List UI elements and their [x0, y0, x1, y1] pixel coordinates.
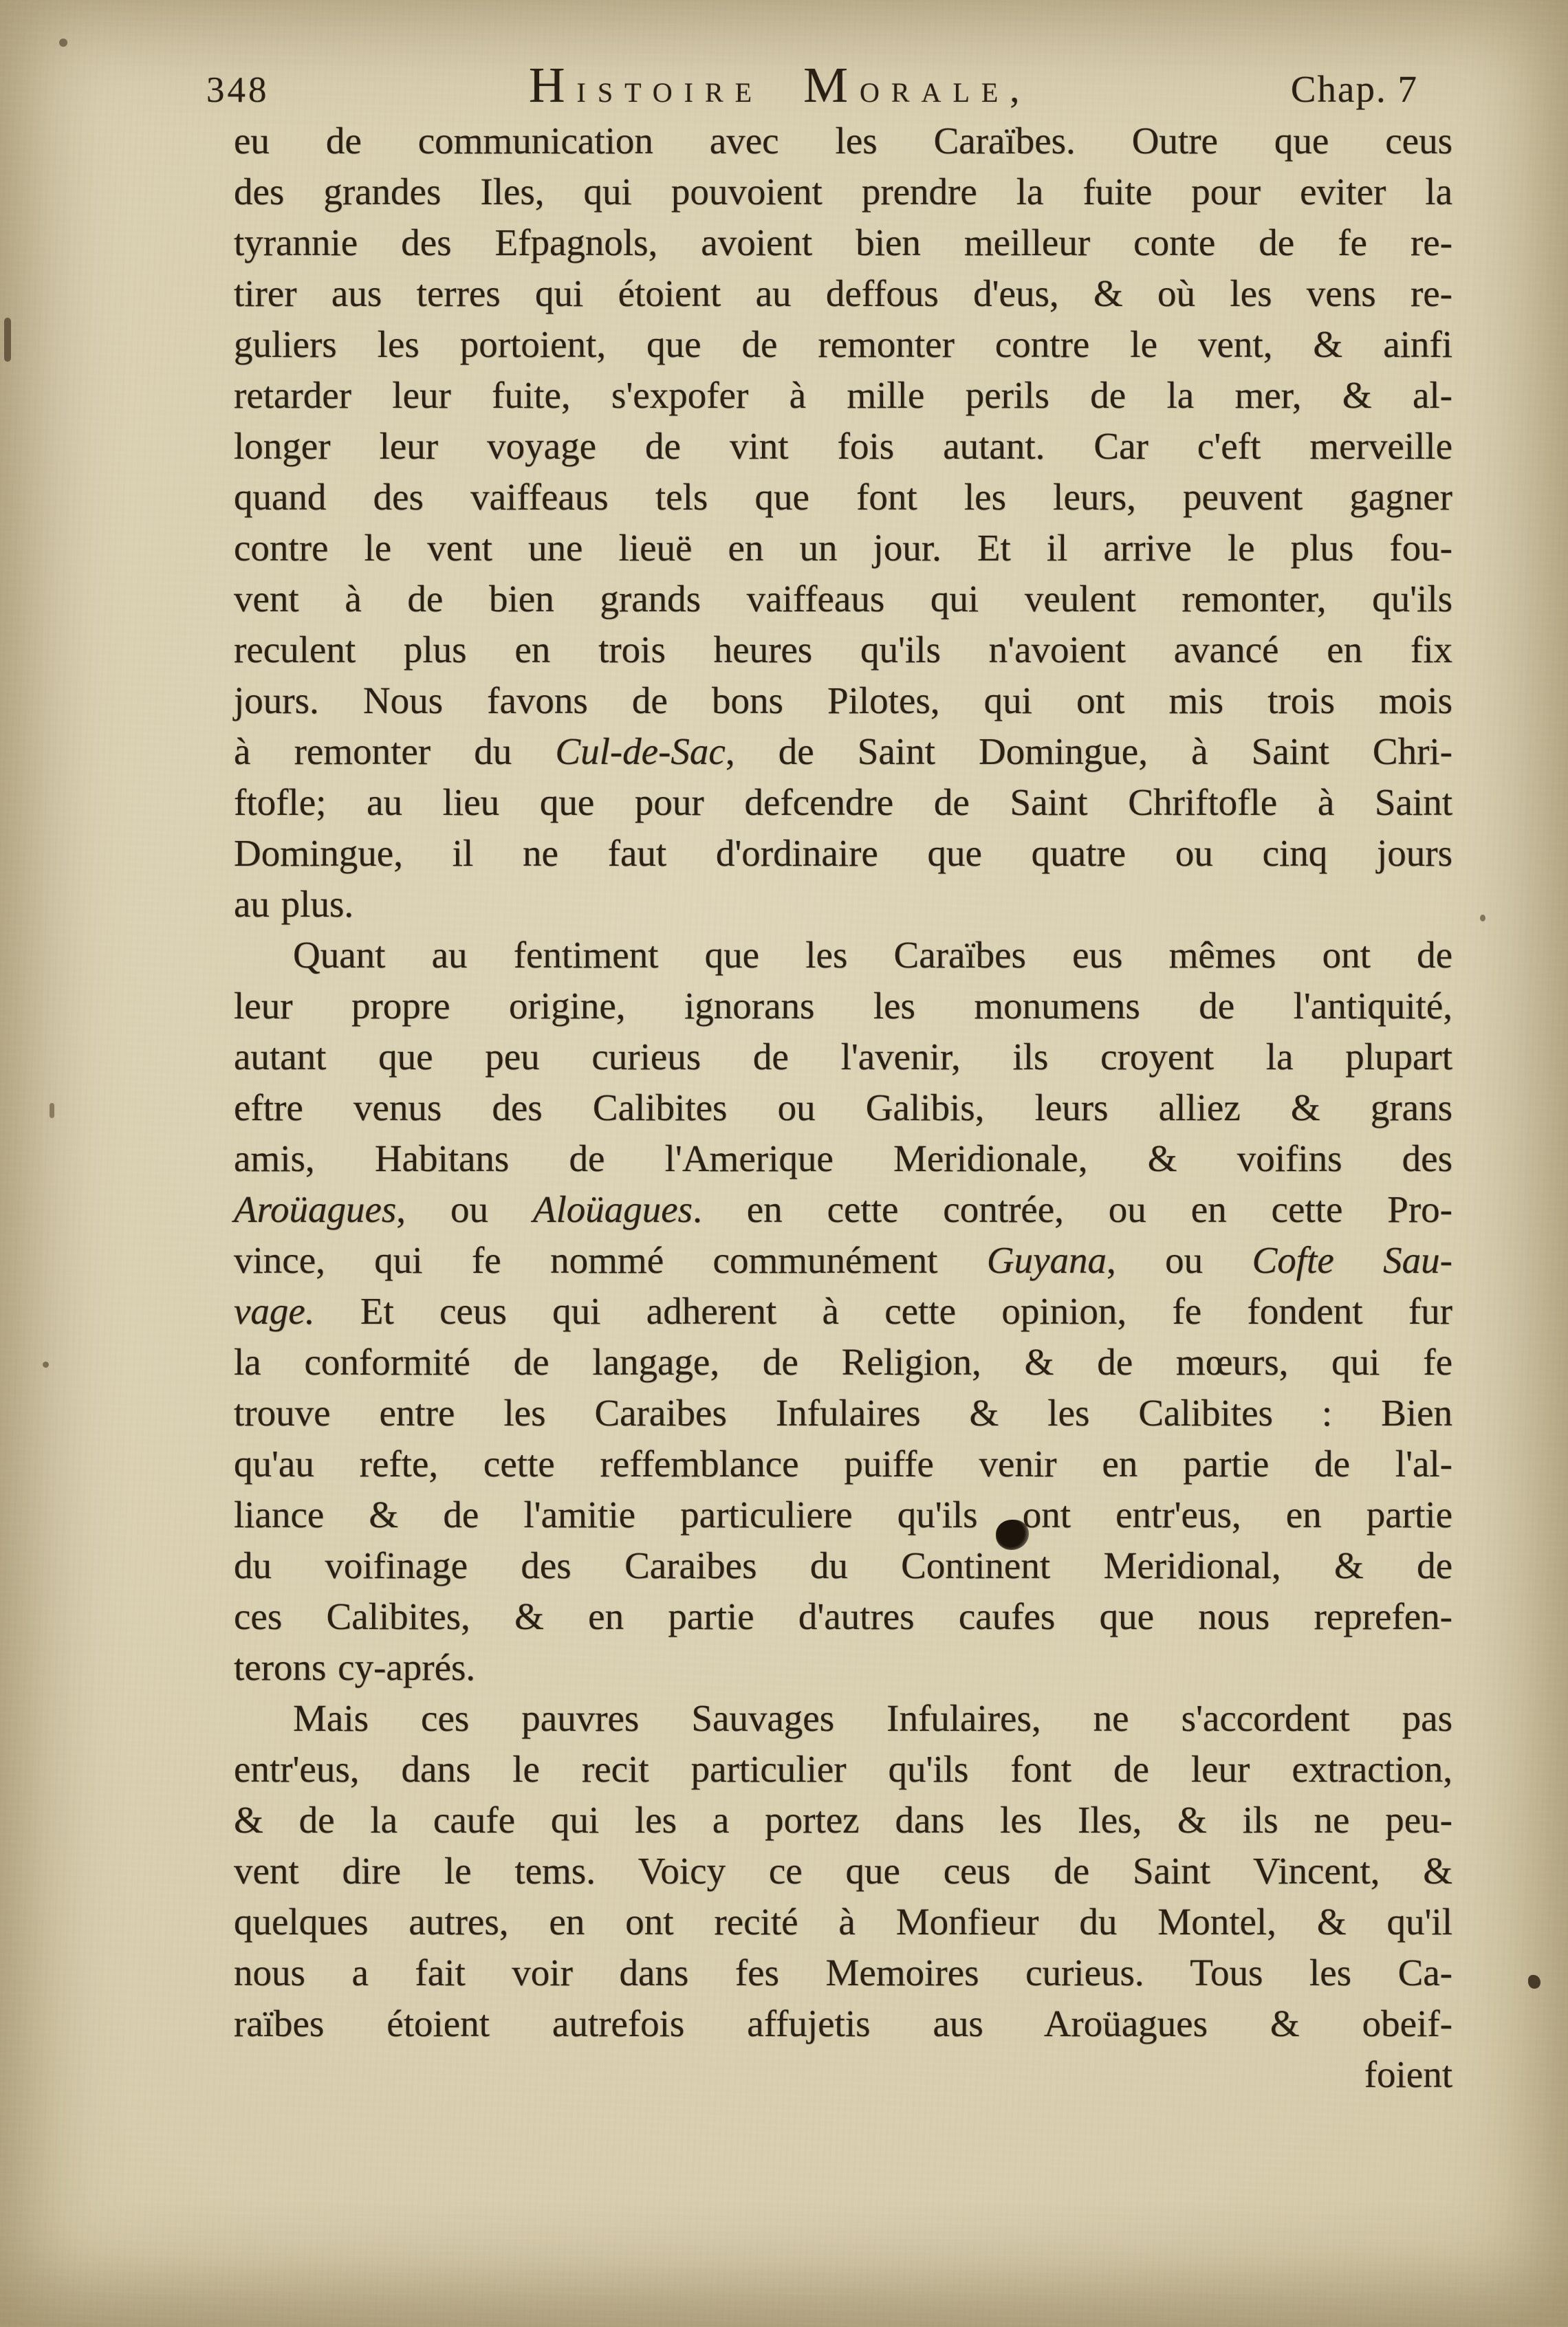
- page-text: eu de communication avec les Caraïbes. O…: [234, 116, 1452, 2100]
- text-segment: du voifinage des Caraibes du Continent M…: [234, 1544, 1452, 1586]
- running-title-word-1: Histoire: [529, 56, 763, 114]
- text-line: quelques autres, en ont recité à Monfieu…: [234, 1897, 1452, 1947]
- text-segment: Mais ces pauvres Sauvages Infulaires, ne…: [293, 1697, 1452, 1739]
- text-line: leur propre origine, ignorans les monume…: [234, 981, 1452, 1031]
- text-line: vince, qui fe nommé communément Guyana, …: [234, 1235, 1452, 1286]
- running-title: Histoire Morale,: [529, 56, 1032, 114]
- page-number: 348: [206, 69, 270, 111]
- text-segment: tirer aus terres qui étoient au deffous …: [234, 272, 1452, 314]
- text-segment: eftre venus des Calibites ou Galibis, le…: [234, 1086, 1452, 1128]
- chapter-label: Chap. 7: [1291, 67, 1418, 111]
- text-segment: . en cette contrée, ou en cette Pro-: [693, 1188, 1452, 1230]
- text-line: nous a fait voir dans fes Memoires curie…: [234, 1947, 1452, 1998]
- text-line: ftofle; au lieu que pour defcendre de Sa…: [234, 777, 1452, 828]
- text-line: retarder leur fuite, s'expofer à mille p…: [234, 370, 1452, 421]
- text-segment: , ou: [1107, 1239, 1252, 1281]
- text-line: amis, Habitans de l'Amerique Meridionale…: [234, 1133, 1452, 1184]
- ink-speck: [1528, 1975, 1540, 1989]
- text-segment: Et ceus qui adherent à cette opinion, fe…: [315, 1290, 1452, 1332]
- text-line: ces Calibites, & en partie d'autres cauf…: [234, 1591, 1452, 1642]
- text-line: autant que peu curieus de l'avenir, ils …: [234, 1031, 1452, 1082]
- text-line: du voifinage des Caraibes du Continent M…: [234, 1540, 1452, 1591]
- ink-speck: [50, 1103, 54, 1118]
- text-segment: contre le vent une lieuë en un jour. Et …: [234, 527, 1452, 569]
- text-segment: qu'au refte, cette reffemblance puiffe v…: [234, 1443, 1452, 1485]
- text-segment: & de la caufe qui les a portez dans les …: [234, 1799, 1452, 1841]
- text-line: à remonter du Cul-de-Sac, de Saint Domin…: [234, 726, 1452, 777]
- running-title-word-2: Morale,: [803, 56, 1031, 114]
- text-segment: Aroüagues: [234, 1188, 396, 1230]
- text-line: trouve entre les Caraibes Infulaires & l…: [234, 1388, 1452, 1439]
- text-line: vage. Et ceus qui adherent à cette opini…: [234, 1286, 1452, 1337]
- text-line: eu de communication avec les Caraïbes. O…: [234, 116, 1452, 166]
- text-segment: Cul-de-Sac: [555, 730, 725, 772]
- text-line: eftre venus des Calibites ou Galibis, le…: [234, 1082, 1452, 1133]
- text-segment: , ou: [396, 1188, 533, 1230]
- text-line: entr'eus, dans le recit particulier qu'i…: [234, 1744, 1452, 1795]
- text-segment: , de Saint Domingue, à Saint Chri-: [726, 730, 1452, 772]
- text-line: Aroüagues, ou Aloüagues. en cette contré…: [234, 1184, 1452, 1235]
- text-segment: nous a fait voir dans fes Memoires curie…: [234, 1952, 1452, 1993]
- text-segment: vent à de bien grands vaiffeaus qui veul…: [234, 578, 1452, 620]
- text-segment: entr'eus, dans le recit particulier qu'i…: [234, 1748, 1452, 1790]
- text-segment: guliers les portoient, que de remonter c…: [234, 323, 1452, 365]
- text-line: la conformité de langage, de Religion, &…: [234, 1337, 1452, 1388]
- text-segment: vent dire le tems. Voicy ce que ceus de …: [234, 1850, 1452, 1892]
- text-segment: à remonter du: [234, 730, 555, 772]
- text-line: au plus.: [234, 879, 1452, 930]
- text-segment: reculent plus en trois heures qu'ils n'a…: [234, 629, 1452, 670]
- text-line: tyrannie des Efpagnols, avoient bien mei…: [234, 217, 1452, 268]
- running-header: 348 Histoire Morale, Chap. 7: [206, 56, 1418, 114]
- text-segment: liance & de l'amitie particuliere qu'ils…: [234, 1494, 1452, 1536]
- text-segment: tyrannie des Efpagnols, avoient bien mei…: [234, 221, 1452, 263]
- text-segment: autant que peu curieus de l'avenir, ils …: [234, 1036, 1452, 1078]
- text-segment: retarder leur fuite, s'expofer à mille p…: [234, 374, 1452, 416]
- text-line: & de la caufe qui les a portez dans les …: [234, 1795, 1452, 1846]
- ink-speck: [43, 1362, 49, 1368]
- catchword: foient: [234, 2049, 1452, 2100]
- text-segment: leur propre origine, ignorans les monume…: [234, 985, 1452, 1027]
- text-line: Quant au fentiment que les Caraïbes eus …: [234, 930, 1452, 981]
- text-segment: Guyana: [987, 1239, 1107, 1281]
- text-segment: des grandes Iles, qui pouvoient prendre …: [234, 171, 1452, 212]
- book-page-scan: 348 Histoire Morale, Chap. 7 eu de commu…: [0, 0, 1568, 2327]
- text-line: tirer aus terres qui étoient au deffous …: [234, 268, 1452, 319]
- text-segment: quand des vaiffeaus tels que font les le…: [234, 476, 1452, 518]
- text-segment: eu de communication avec les Caraïbes. O…: [234, 120, 1452, 162]
- text-line: reculent plus en trois heures qu'ils n'a…: [234, 624, 1452, 675]
- text-segment: Domingue, il ne faut d'ordinaire que qua…: [234, 832, 1452, 874]
- text-segment: vince, qui fe nommé communément: [234, 1239, 987, 1281]
- ink-speck: [59, 39, 67, 47]
- text-segment: longer leur voyage de vint fois autant. …: [234, 425, 1452, 467]
- ink-speck: [1480, 915, 1485, 921]
- text-line: jours. Nous favons de bons Pilotes, qui …: [234, 675, 1452, 726]
- text-segment: amis, Habitans de l'Amerique Meridionale…: [234, 1137, 1452, 1179]
- text-segment: raïbes étoient autrefois affujetis aus A…: [234, 2002, 1452, 2044]
- text-line: contre le vent une lieuë en un jour. Et …: [234, 523, 1452, 573]
- text-segment: au plus.: [234, 883, 353, 925]
- text-line: vent à de bien grands vaiffeaus qui veul…: [234, 573, 1452, 624]
- text-line: raïbes étoient autrefois affujetis aus A…: [234, 1998, 1452, 2049]
- text-line: vent dire le tems. Voicy ce que ceus de …: [234, 1846, 1452, 1897]
- text-segment: ces Calibites, & en partie d'autres cauf…: [234, 1595, 1452, 1637]
- text-line: liance & de l'amitie particuliere qu'ils…: [234, 1489, 1452, 1540]
- text-segment: Quant au fentiment que les Caraïbes eus …: [293, 934, 1452, 976]
- text-line: quand des vaiffeaus tels que font les le…: [234, 472, 1452, 523]
- text-segment: vage.: [234, 1290, 315, 1332]
- text-segment: trouve entre les Caraibes Infulaires & l…: [234, 1392, 1452, 1434]
- text-line: Domingue, il ne faut d'ordinaire que qua…: [234, 828, 1452, 879]
- text-line: qu'au refte, cette reffemblance puiffe v…: [234, 1439, 1452, 1489]
- text-line: longer leur voyage de vint fois autant. …: [234, 421, 1452, 472]
- text-segment: Aloüagues: [533, 1188, 693, 1230]
- text-segment: la conformité de langage, de Religion, &…: [234, 1341, 1452, 1383]
- text-segment: ftofle; au lieu que pour defcendre de Sa…: [234, 781, 1452, 823]
- ink-speck: [4, 318, 11, 362]
- text-line: terons cy-aprés.: [234, 1642, 1452, 1693]
- text-segment: jours. Nous favons de bons Pilotes, qui …: [234, 679, 1452, 721]
- text-segment: terons cy-aprés.: [234, 1646, 475, 1688]
- text-line: Mais ces pauvres Sauvages Infulaires, ne…: [234, 1693, 1452, 1744]
- text-segment: quelques autres, en ont recité à Monfieu…: [234, 1901, 1452, 1943]
- text-line: des grandes Iles, qui pouvoient prendre …: [234, 166, 1452, 217]
- text-line: guliers les portoient, que de remonter c…: [234, 319, 1452, 370]
- text-segment: Cofte Sau-: [1252, 1239, 1452, 1281]
